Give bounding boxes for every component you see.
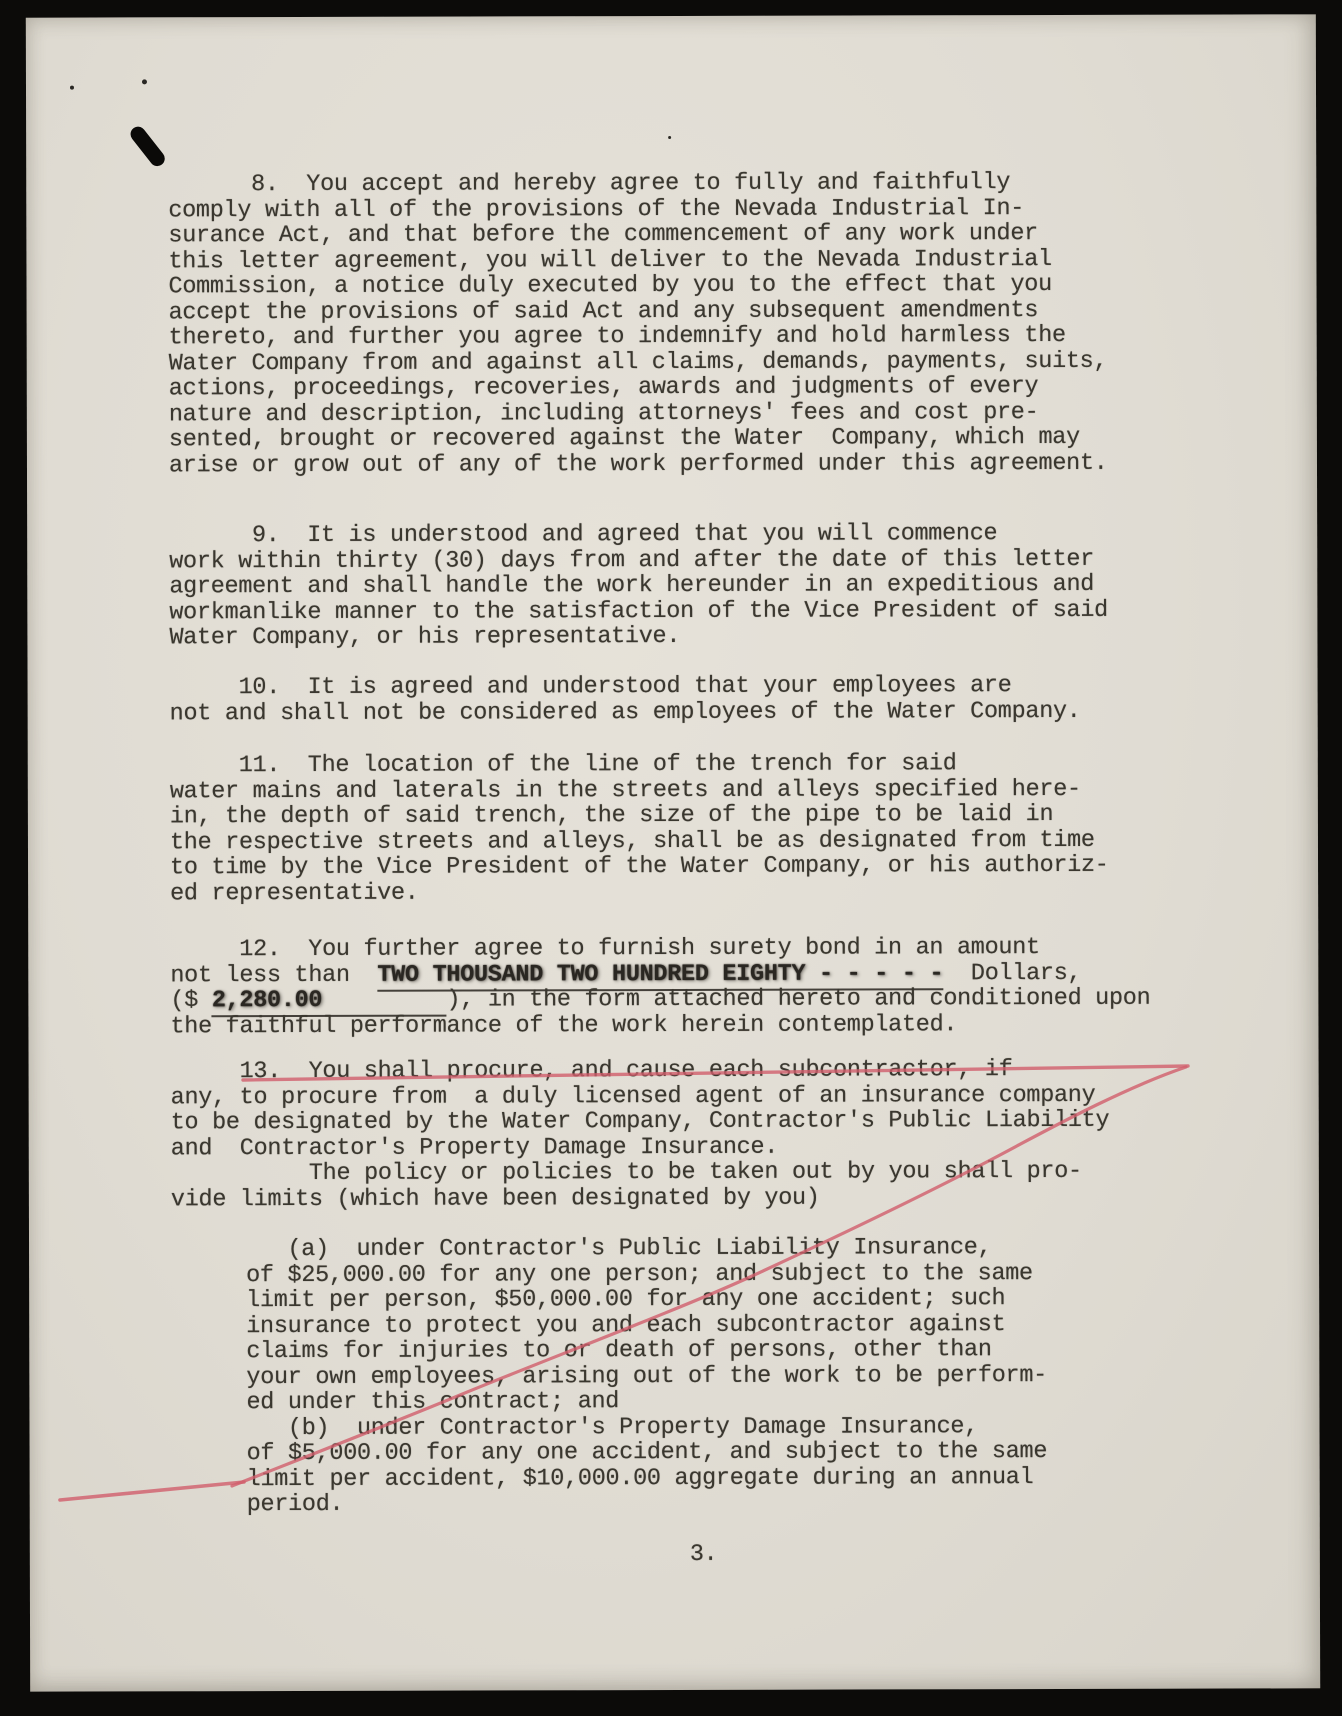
paragraph-12-surety-bond: 12. You further agree to furnish surety … xyxy=(170,935,1150,1040)
text-line: sented, brought or recovered against the… xyxy=(169,425,1108,453)
text-line: your own employees, arising out of the w… xyxy=(246,1363,1047,1391)
text-line-bond-amount-words: not less than TWO THOUSAND TWO HUNDRED E… xyxy=(170,960,1150,988)
text-line: and Contractor's Property Damage Insuran… xyxy=(171,1133,1110,1161)
text-line: to be designated by the Water Company, C… xyxy=(171,1108,1110,1136)
text-line: accept the provisions of said Act and an… xyxy=(169,297,1108,325)
text-line-bond-amount-number: ($ 2,280.00 ), in the form attached here… xyxy=(170,986,1150,1014)
scanned-document-photo: { "page": { "page_number": "3.", "paper_… xyxy=(0,0,1342,1716)
text-line: comply with all of the provisions of the… xyxy=(168,195,1107,223)
blank-fill xyxy=(322,987,446,1014)
document-page: 8. You accept and hereby agree to fully … xyxy=(26,14,1320,1691)
text-line: of $5,000.00 for any one accident, and s… xyxy=(247,1439,1048,1467)
paper-speck xyxy=(142,79,147,84)
text-line: not and shall not be considered as emplo… xyxy=(170,698,1081,726)
text-line: to time by the Vice President of the Wat… xyxy=(170,853,1109,881)
text-line: thereto, and further you agree to indemn… xyxy=(169,323,1108,351)
text-line: ed representative. xyxy=(170,878,1109,906)
text-line: 12. You further agree to furnish surety … xyxy=(170,935,1150,963)
paper-speck xyxy=(70,86,74,90)
text-line: claims for injuries to or death of perso… xyxy=(246,1337,1047,1365)
text-line: (a) under Contractor's Public Liability … xyxy=(246,1235,1047,1263)
text-line: limit per accident, $10,000.00 aggregate… xyxy=(247,1465,1048,1493)
paragraph-9: 9. It is understood and agreed that you … xyxy=(169,521,1108,651)
text-line: actions, proceedings, recoveries, awards… xyxy=(169,374,1108,402)
text-line-struck: period. xyxy=(247,1490,1048,1518)
paragraph-11: 11. The location of the line of the tren… xyxy=(170,751,1109,906)
typed-amount-number: 2,280.00 xyxy=(212,987,322,1014)
text-segment: not less than xyxy=(170,961,377,989)
text-line: limit per person, $50,000.00 for any one… xyxy=(246,1286,1047,1314)
paper-speck xyxy=(668,136,671,139)
text-line: ed under this contract; and xyxy=(246,1388,1047,1416)
text-line: water mains and laterals in the streets … xyxy=(170,776,1109,804)
text-line: Water Company from and against all claim… xyxy=(169,348,1108,376)
text-line: surance Act, and that before the commenc… xyxy=(168,221,1107,249)
text-line: vide limits (which have been designated … xyxy=(171,1184,1110,1212)
paragraph-10: 10. It is agreed and understood that you… xyxy=(170,673,1081,726)
text-line: the faithful performance of the work her… xyxy=(170,1011,1150,1039)
subsections-a-b: (a) under Contractor's Public Liability … xyxy=(246,1235,1047,1518)
text-line: nature and description, including attorn… xyxy=(169,399,1108,427)
text-segment: Dollars, xyxy=(943,959,1081,986)
text-line: of $25,000.00 for any one person; and su… xyxy=(246,1261,1047,1289)
text-line: workmanlike manner to the satisfaction o… xyxy=(169,597,1108,625)
text-line: Commission, a notice duly executed by yo… xyxy=(168,272,1107,300)
text-line: (b) under Contractor's Property Damage I… xyxy=(246,1414,1047,1442)
text-line: in, the depth of said trench, the size o… xyxy=(170,802,1109,830)
text-line: 8. You accept and hereby agree to fully … xyxy=(168,170,1107,198)
text-line: arise or grow out of any of the work per… xyxy=(169,450,1108,478)
typed-amount-words: TWO THOUSAND TWO HUNDRED EIGHTY - - - - … xyxy=(377,960,943,988)
text-line: 9. It is understood and agreed that you … xyxy=(169,521,1108,549)
punch-hole-mark xyxy=(128,124,168,169)
text-segment: ), in the form attached hereto and condi… xyxy=(446,985,1150,1014)
text-line: 11. The location of the line of the tren… xyxy=(170,751,1109,779)
paragraph-8: 8. You accept and hereby agree to fully … xyxy=(168,170,1107,478)
text-line: Water Company, or his representative. xyxy=(169,623,1108,651)
text-line-struck: 13. You shall procure, and cause each su… xyxy=(171,1057,1110,1085)
paragraph-13-insurance: 13. You shall procure, and cause each su… xyxy=(171,1057,1110,1212)
text-line: any, to procure from a duly licensed age… xyxy=(171,1082,1110,1110)
text-line: agreement and shall handle the work here… xyxy=(169,572,1108,600)
text-line: insurance to protect you and each subcon… xyxy=(246,1312,1047,1340)
text-segment: ($ xyxy=(170,987,211,1014)
page-number: 3. xyxy=(690,1542,718,1568)
text-line: the respective streets and alleys, shall… xyxy=(170,827,1109,855)
text-line: 10. It is agreed and understood that you… xyxy=(170,673,1081,701)
text-line: work within thirty (30) days from and af… xyxy=(169,546,1108,574)
text-line: this letter agreement, you will deliver … xyxy=(168,246,1107,274)
text-line: The policy or policies to be taken out b… xyxy=(171,1159,1110,1187)
